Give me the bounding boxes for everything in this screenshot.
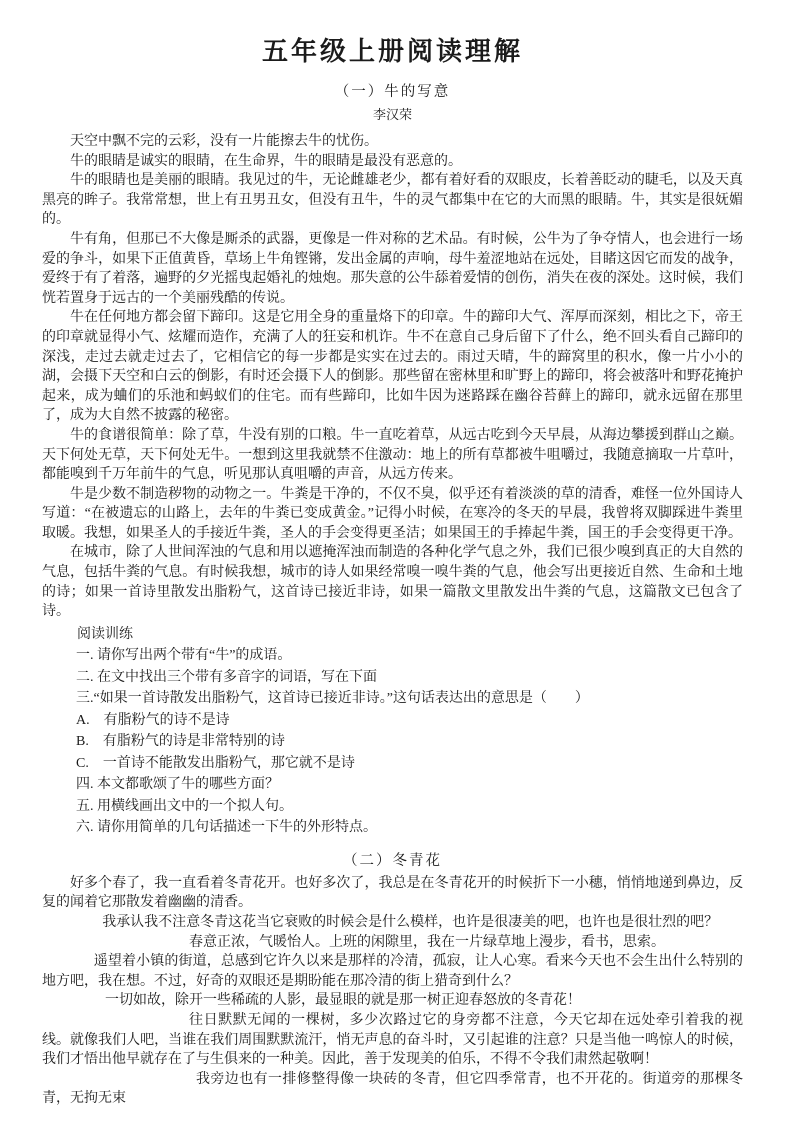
training-label: 阅读训练 <box>42 624 743 646</box>
paragraph: 往日默默无闻的一棵树，多少次路过它的身旁都不注意，今天它却在远处牵引着我的视线。… <box>42 1011 743 1070</box>
choice-item: C. 一首诗不能散发出脂粉气，那它就不是诗 <box>42 753 743 775</box>
question-item: 五. 用横线画出文中的一个拟人句。 <box>42 796 743 818</box>
author-name: 李汉荣 <box>42 105 743 124</box>
section-2-heading: （二）冬青花 <box>42 851 743 871</box>
paragraph: 牛在任何地方都会留下蹄印。这是它用全身的重量烙下的印章。牛的蹄印大气、浑厚而深刻… <box>42 308 743 426</box>
paragraph: 天空中飘不完的云彩，没有一片能擦去牛的忧伤。 <box>42 132 743 152</box>
question-item: 三.“如果一首诗散发出脂粉气，这首诗已接近非诗。”这句话表达出的意思是（ ） <box>42 688 743 710</box>
page-title: 五年级上册阅读理解 <box>42 36 743 68</box>
document-page: 五年级上册阅读理解 （一）牛的写意 李汉荣 天空中飘不完的云彩，没有一片能擦去牛… <box>0 0 793 1122</box>
paragraph: 遥望着小镇的街道，总感到它许久以来是那样的冷清，孤寂，让人心寒。看来今天也不会生… <box>42 952 743 991</box>
paragraph: 牛有角，但那已不大像是厮杀的武器，更像是一件对称的艺术品。有时候，公牛为了争夺情… <box>42 230 743 308</box>
paragraph: 我旁边也有一排修整得像一块砖的冬青，但它四季常青，也不开花的。街道旁的那棵冬青，… <box>42 1070 743 1109</box>
paragraph: 我承认我不注意冬青这花当它衰败的时候会是什么模样，也许是很凄美的吧，也许也是很壮… <box>42 913 743 933</box>
question-list: 一. 请你写出两个带有“牛”的成语。 二. 在文中找出三个带有多音字的词语，写在… <box>42 645 743 839</box>
choice-item: A. 有脂粉气的诗不是诗 <box>42 710 743 732</box>
section-1: （一）牛的写意 李汉荣 天空中飘不完的云彩，没有一片能擦去牛的忧伤。 牛的眼睛是… <box>42 82 743 839</box>
question-item: 二. 在文中找出三个带有多音字的词语，写在下面 <box>42 667 743 689</box>
paragraph: 牛的眼睛是诚实的眼睛，在生命界，牛的眼睛是最没有恶意的。 <box>42 152 743 172</box>
paragraph: 春意正浓，气暖怡人。上班的闲隙里，我在一片绿草地上漫步，看书，思索。 <box>42 933 743 953</box>
paragraph: 牛的眼睛也是美丽的眼睛。我见过的牛，无论雌雄老少，都有着好看的双眼皮，长着善眨动… <box>42 171 743 230</box>
paragraph: 牛是少数不制造秽物的动物之一。牛粪是干净的，不仅不臭，似乎还有着淡淡的草的清香，… <box>42 485 743 544</box>
question-item: 四. 本文都歌颂了牛的哪些方面？ <box>42 774 743 796</box>
section-1-heading: （一）牛的写意 <box>42 82 743 102</box>
question-item: 六. 请你用简单的几句话描述一下牛的外形特点。 <box>42 817 743 839</box>
paragraph: 在城市，除了人世间浑浊的气息和用以遮掩浑浊而制造的各种化学气息之外，我们已很少嗅… <box>42 543 743 621</box>
paragraph: 牛的食谱很简单：除了草，牛没有别的口粮。牛一直吃着草，从远古吃到今天早晨，从海边… <box>42 426 743 485</box>
paragraph: 一切如故，除开一些稀疏的人影，最显眼的就是那一树正迎春怒放的冬青花！ <box>42 991 743 1011</box>
paragraph: 好多个春了，我一直看着冬青花开。也好多次了，我总是在冬青花开的时候折下一小穗，悄… <box>42 874 743 913</box>
section-2: （二）冬青花 好多个春了，我一直看着冬青花开。也好多次了，我总是在冬青花开的时候… <box>42 851 743 1109</box>
question-item: 一. 请你写出两个带有“牛”的成语。 <box>42 645 743 667</box>
choice-item: B. 有脂粉气的诗是非常特别的诗 <box>42 731 743 753</box>
